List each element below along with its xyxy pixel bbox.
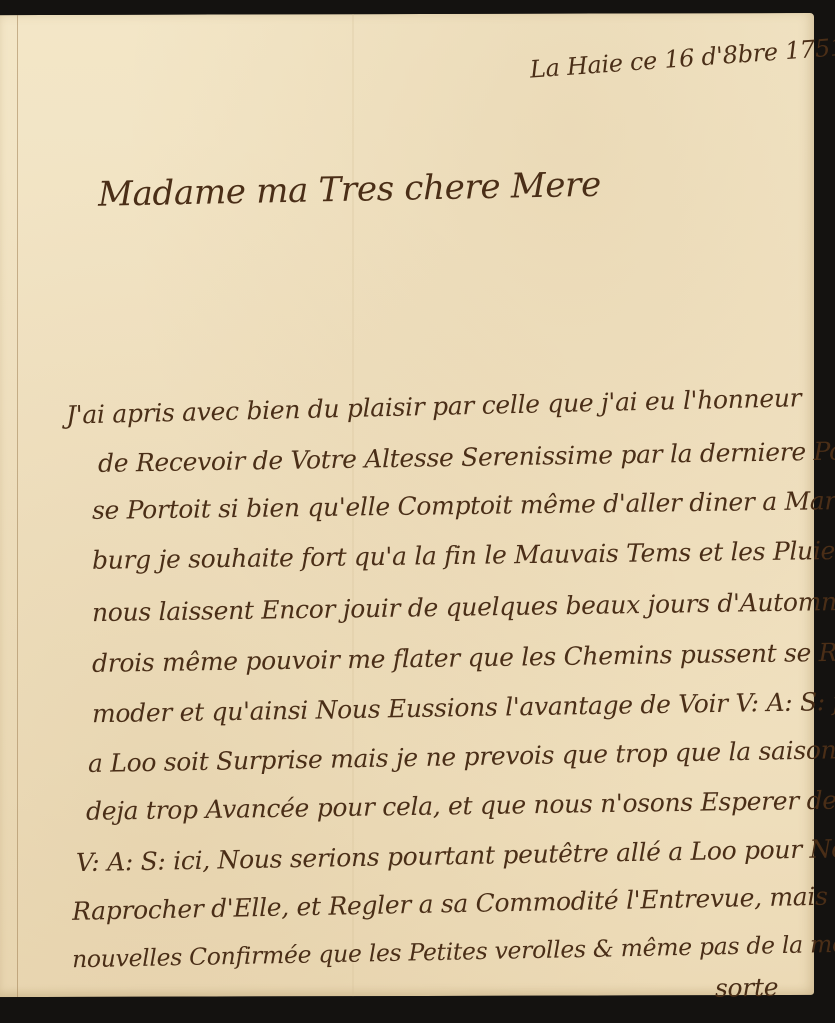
body-line-7: moder et qu'ainsi Nous Eussions l'avanta…	[92, 686, 835, 728]
body-line-6: drois même pouvoir me flater que les Che…	[92, 637, 835, 678]
body-line-9: deja trop Avancée pour cela, et que nous…	[86, 785, 835, 826]
body-line-5: nous laissent Encor jouir de quelques be…	[92, 585, 835, 627]
salutation: Madame ma Tres chere Mere	[98, 165, 602, 215]
closing-word: sorte	[715, 972, 779, 1002]
body-line-11: Raprocher d'Elle, et Regler a sa Commodi…	[72, 881, 835, 926]
manuscript-scan: La Haie ce 16 d'8bre 1751 Madame ma Tres…	[0, 0, 835, 1023]
dateline: La Haie ce 16 d'8bre 1751	[529, 33, 835, 84]
body-line-3: se Portoit si bien qu'elle Comptoit même…	[92, 486, 835, 525]
fold-line	[17, 15, 18, 997]
body-line-8: a Loo soit Surprise mais je ne prevois q…	[88, 735, 835, 779]
body-line-4: burg je souhaite fort qu'a la fin le Mau…	[92, 536, 835, 575]
body-line-2: de Recevoir de Votre Altesse Serenissime…	[98, 434, 835, 477]
letter-page: La Haie ce 16 d'8bre 1751 Madame ma Tres…	[0, 13, 814, 997]
body-line-10: V: A: S: ici, Nous serions pourtant peut…	[76, 834, 835, 878]
body-line-12: nouvelles Confirmée que les Petites vero…	[72, 928, 835, 973]
body-line-1: J'ai apris avec bien du plaisir par cell…	[66, 383, 802, 429]
